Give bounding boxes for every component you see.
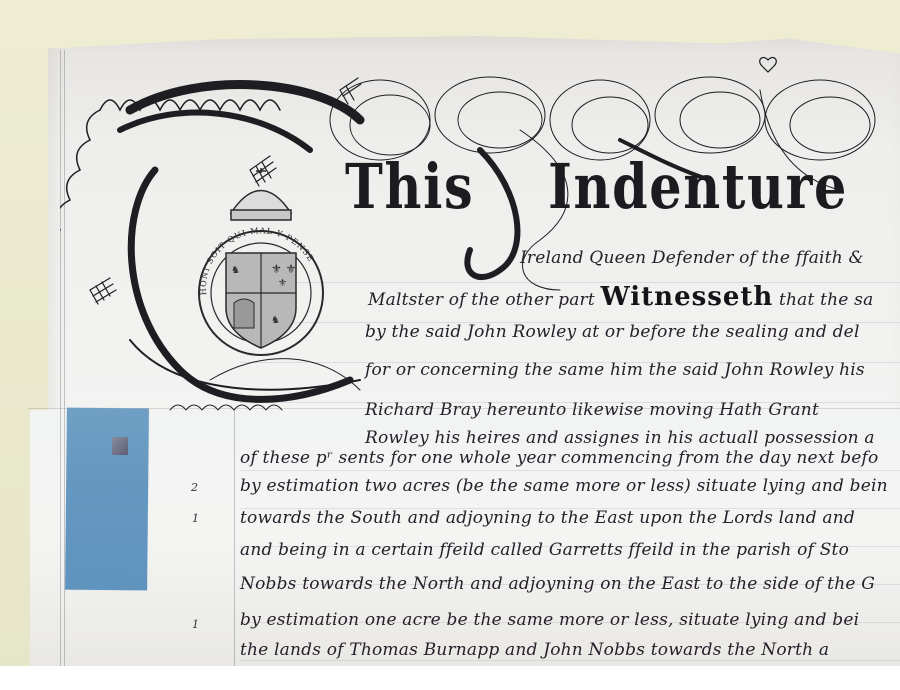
text-line-11: Nobbs towards the North and adjoyning on… <box>240 574 875 594</box>
text-line-6: Rowley his heires and assignes in his ac… <box>365 428 875 448</box>
margin-rule-text <box>234 410 235 666</box>
heading-word-this: This <box>345 150 474 223</box>
text-line-7: of these pʳ sents for one whole year com… <box>240 448 878 468</box>
text-line-12: by estimation one acre be the same more … <box>240 610 859 630</box>
text-line-10: and being in a certain ffeild called Gar… <box>240 540 849 560</box>
text-line-5: Richard Bray hereunto likewise moving Ha… <box>365 400 819 420</box>
margin-number: 1 <box>192 618 199 631</box>
svg-text:⚜: ⚜ <box>278 278 287 289</box>
ruling-line <box>240 470 900 471</box>
text-line-9: towards the South and adjoyning to the E… <box>240 508 855 528</box>
text-line-13: the lands of Thomas Burnapp and John Nob… <box>240 640 829 660</box>
document-heading: ThisIndenture <box>345 150 848 223</box>
royal-coat-of-arms-icon: ⚜ ⚜ ⚜ ♞ ♞ HONI SOIT QUI MAL Y PENSE <box>186 168 336 368</box>
text-line-2-after: that the sa <box>779 290 873 310</box>
margin-number: 1 <box>192 512 199 525</box>
svg-text:♞: ♞ <box>231 265 240 276</box>
text-line-2: Maltster of the other part Witnesseth th… <box>368 282 873 312</box>
tape-seal-fragment <box>112 437 128 455</box>
heading-word-indenture: Indenture <box>548 150 848 223</box>
ruling-line <box>240 660 900 661</box>
svg-text:⚜ ⚜: ⚜ ⚜ <box>271 262 296 276</box>
bottom-white-strip <box>0 666 900 690</box>
text-line-3: by the said John Rowley at or before the… <box>365 322 860 342</box>
text-line-8: by estimation two acres (be the same mor… <box>240 476 888 496</box>
text-line-1: Ireland Queen Defender of the ffaith & <box>520 248 864 268</box>
witnesseth-word: Witnesseth <box>601 282 774 312</box>
margin-number: 2 <box>191 481 198 494</box>
blue-tape-tab <box>65 408 149 591</box>
svg-text:♞: ♞ <box>271 315 280 326</box>
text-line-4: for or concerning the same him the said … <box>365 360 865 380</box>
text-line-2-before: Maltster of the other part <box>368 290 595 310</box>
